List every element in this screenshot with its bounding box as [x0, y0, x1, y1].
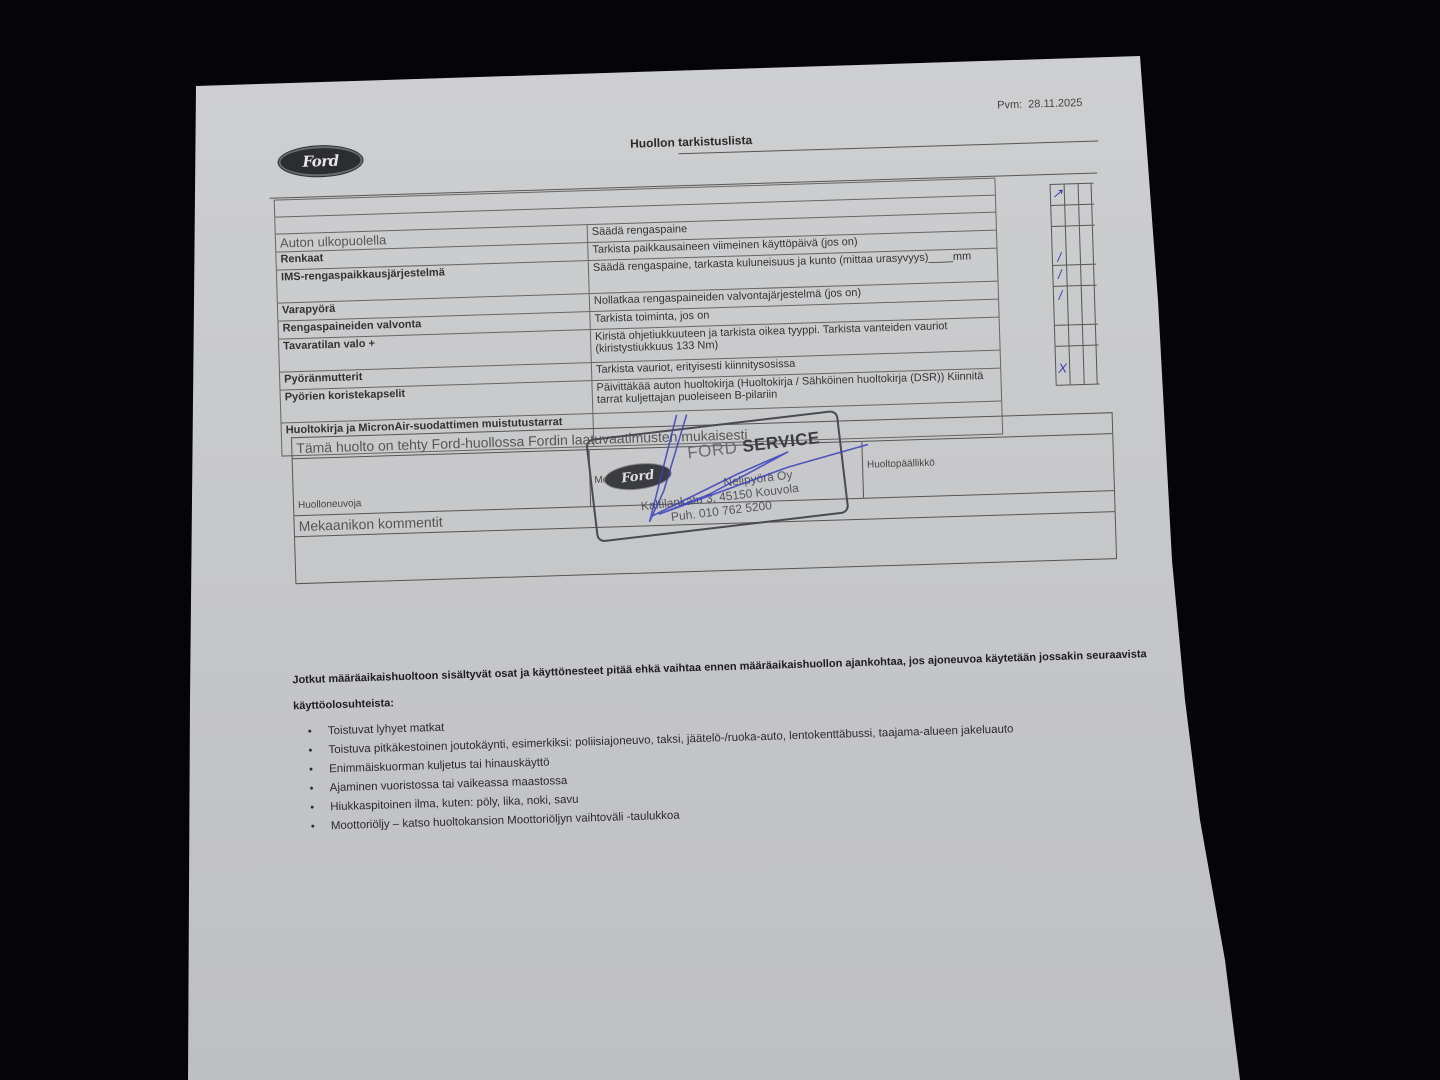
check-mark[interactable] [1050, 206, 1065, 226]
check-cell[interactable] [1068, 325, 1083, 345]
check-cell[interactable] [1083, 346, 1098, 384]
check-cell[interactable] [1078, 184, 1093, 204]
check-cell[interactable] [1067, 286, 1082, 324]
check-cell[interactable] [1064, 205, 1079, 225]
check-mark[interactable]: X [1055, 346, 1070, 384]
check-cell[interactable] [1078, 205, 1093, 225]
ford-logo-icon: Ford [278, 145, 363, 178]
check-mark[interactable]: ↗ [1050, 185, 1065, 205]
conditions-list: Toistuvat lyhyet matkat Toistuva pitkäke… [294, 697, 1157, 837]
stamp-brand: FORD SERVICE [686, 428, 821, 464]
check-cell[interactable] [1082, 325, 1097, 345]
usage-conditions-notes: Jotkut määräaikaishuoltoon sisältyvät os… [292, 641, 1157, 837]
checklist-table: Auton ulkopuolella Säädä rengaspaine Ren… [274, 178, 1004, 457]
check-cell[interactable] [1080, 265, 1095, 285]
document-title: Huollon tarkistuslista [630, 133, 752, 151]
check-cell[interactable] [1069, 346, 1084, 384]
check-mark[interactable]: / [1051, 227, 1066, 265]
paper-document: Pvm:28.11.2025 Ford Huollon tarkistuslis… [0, 0, 1440, 1080]
check-cell[interactable] [1081, 286, 1096, 324]
check-cell[interactable] [1064, 184, 1079, 204]
check-mark[interactable]: / [1052, 266, 1067, 286]
date-value: 28.11.2025 [1028, 97, 1083, 111]
check-mark-grid: ↗ / / / X [1050, 183, 1100, 386]
service-checklist-sheet: Pvm:28.11.2025 Ford Huollon tarkistuslis… [196, 51, 1186, 1080]
check-mark[interactable]: / [1053, 287, 1068, 325]
date: Pvm:28.11.2025 [997, 97, 1083, 112]
check-mark[interactable] [1054, 325, 1069, 345]
advisor-signature-field[interactable]: Huolloneuvoja [293, 450, 592, 515]
check-cell[interactable] [1079, 226, 1094, 264]
check-cell[interactable] [1066, 265, 1081, 285]
date-label: Pvm: [997, 99, 1022, 112]
check-cell[interactable] [1065, 226, 1080, 264]
manager-signature-field[interactable]: Huoltopäällikkö [862, 434, 1114, 498]
